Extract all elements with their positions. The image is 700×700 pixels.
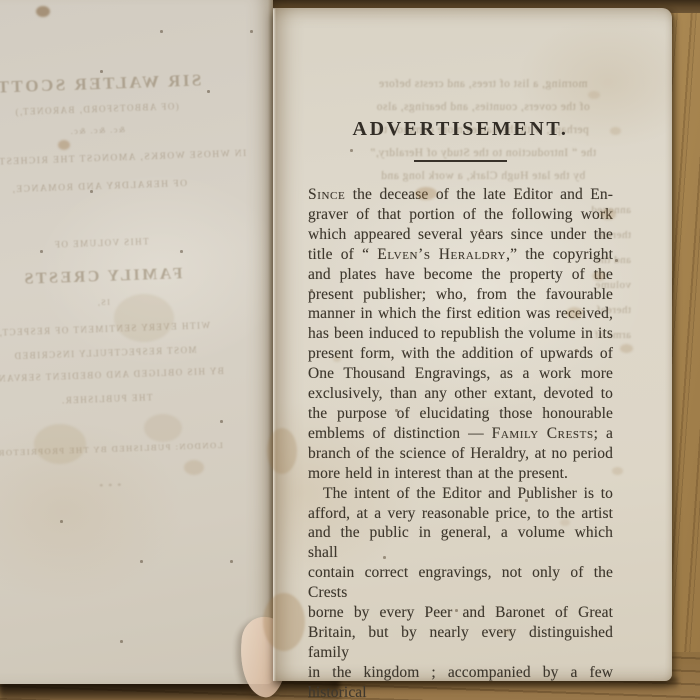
text-line: has been induced to republish the volume… <box>308 324 613 344</box>
text-line: which appeared several years since under… <box>308 225 613 245</box>
title-divider-rule <box>414 160 507 162</box>
text-line: contain correct engravings, not only of … <box>308 563 613 603</box>
ink-speck <box>160 30 163 33</box>
ink-speck <box>40 250 43 253</box>
right-book-page: morning, a list of trees, and crests bef… <box>273 8 672 681</box>
ink-speck <box>480 229 483 232</box>
showthrough-line: &c. &c. &c. <box>0 119 307 143</box>
ink-speck <box>180 250 183 253</box>
showthrough-line: FAMILY CRESTS <box>0 261 312 294</box>
text-line: present publisher; who, from the favoura… <box>308 285 613 305</box>
text-line: and plates have become the property of t… <box>308 265 613 285</box>
showthrough-line: (OF ABBOTSFORD, BARONET,) <box>0 97 306 122</box>
advertisement-text: Since the decease of the late Editor and… <box>308 185 613 700</box>
book-photograph: SIR WALTER SCOTT,(OF ABBOTSFORD, BARONET… <box>0 0 700 700</box>
foxing-spot <box>588 91 600 99</box>
showthrough-line: OF HERALDRY AND ROMANCE, <box>0 175 309 200</box>
foxing-spot <box>610 127 621 135</box>
ink-speck <box>250 30 253 33</box>
ink-speck <box>525 499 528 502</box>
ink-speck <box>575 349 578 352</box>
text-line: The intent of the Editor and Publisher i… <box>308 484 613 504</box>
foxing-spot <box>34 424 86 464</box>
text-line: title of “ Elven’s Heraldry,” the copyri… <box>308 245 613 265</box>
showthrough-line: THIS VOLUME OF <box>0 231 311 256</box>
foxing-spot <box>58 140 70 150</box>
text-line: graver of that portion of the following … <box>308 205 613 225</box>
text-line: the purpose of elucidating those honoura… <box>308 404 613 424</box>
ink-speck <box>100 70 103 73</box>
foxing-spot <box>620 344 633 353</box>
showthrough-line: by the late Hugh Clark, a work long and <box>333 170 633 182</box>
left-book-page: SIR WALTER SCOTT,(OF ABBOTSFORD, BARONET… <box>0 0 273 684</box>
foxing-spot <box>114 294 174 342</box>
showthrough-line: IN WHOSE WORKS, AMONGST THE RICHEST STOR… <box>0 147 308 172</box>
showthrough-line: THE PUBLISHER. <box>0 387 317 412</box>
text-line: and the public in general, a volume whic… <box>308 523 613 563</box>
ink-speck <box>310 289 313 292</box>
showthrough-line: * * * <box>0 475 320 499</box>
ink-speck <box>90 190 93 193</box>
ink-speck <box>207 90 210 93</box>
foxing-spot <box>560 519 570 526</box>
showthrough-line: SIR WALTER SCOTT, <box>0 67 306 102</box>
text-line: exclusively, than any other extant, devo… <box>308 384 613 404</box>
ink-speck <box>220 420 223 423</box>
foxing-spot <box>566 307 583 319</box>
text-line: Since the decease of the late Editor and… <box>308 185 613 205</box>
text-line: One Thousand Engravings, as a work more <box>308 364 613 384</box>
ink-speck <box>350 149 353 152</box>
foxing-spot <box>263 593 305 651</box>
ink-speck <box>60 520 63 523</box>
showthrough-line: morning, a list of trees, and crests bef… <box>333 78 633 90</box>
text-line: Britain, but by nearly every distinguish… <box>308 623 613 663</box>
foxing-spot <box>415 187 437 200</box>
ink-speck <box>230 560 233 563</box>
showthrough-line: BY HIS OBLIGED AND OBEDIENT SERVANT, <box>0 363 316 388</box>
ink-speck <box>395 409 398 412</box>
foxing-spot <box>503 629 512 635</box>
text-line: in the kingdom ; accompanied by a few hi… <box>308 663 613 700</box>
text-line: present form, with the addition of upwar… <box>308 344 613 364</box>
foxing-spot <box>267 428 297 474</box>
ink-speck <box>455 609 458 612</box>
ink-speck <box>140 560 143 563</box>
foxing-spot <box>592 271 606 281</box>
foxing-spot <box>333 356 341 362</box>
text-line: borne by every Peer and Baronet of Great <box>308 603 613 623</box>
showthrough-line: MOST RESPECTFULLY INSCRIBED <box>0 341 315 366</box>
showthrough-line: the “ Introduction to the Study of Heral… <box>333 147 633 159</box>
text-line: branch of the science of Heraldry, at no… <box>308 444 613 464</box>
text-line: emblems of distinction — Family Crests; … <box>308 424 613 444</box>
foxing-spot <box>612 467 623 475</box>
page-title: ADVERTISEMENT. <box>308 118 613 141</box>
showthrough-line: of the covers, counties, and bearings, a… <box>333 101 633 113</box>
text-line: more held in interest than at the presen… <box>308 464 613 484</box>
foxing-spot <box>184 460 204 475</box>
foxing-spot <box>144 414 182 442</box>
foxing-spot <box>36 6 50 17</box>
foxing-spot <box>600 209 616 220</box>
ink-speck <box>383 556 386 559</box>
ink-speck <box>120 640 123 643</box>
ink-speck <box>615 259 618 262</box>
